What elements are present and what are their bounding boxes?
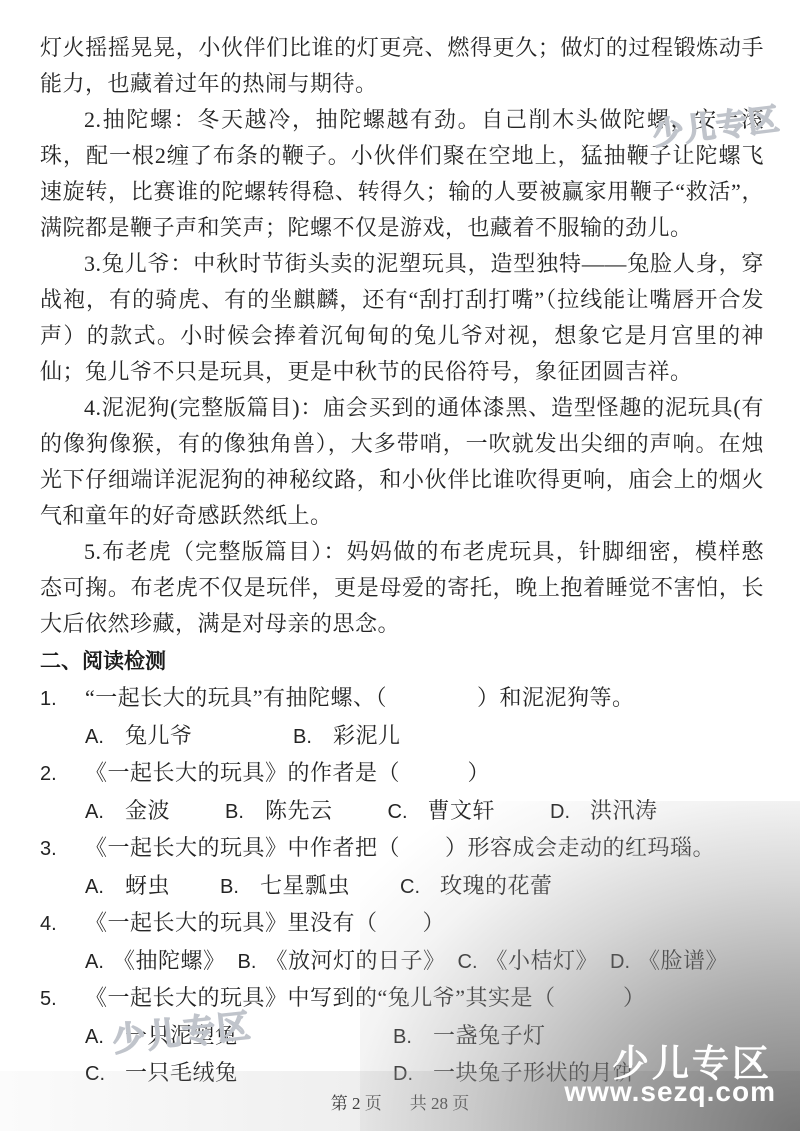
answer-option: C.一只毛绒兔: [85, 1055, 393, 1093]
option-label: A.: [85, 869, 125, 906]
answer-option: D.《脸谱》: [610, 943, 728, 981]
question-line: 5.《一起长大的玩具》中写到的“兔儿爷”其实是（ ）: [40, 980, 764, 1018]
answer-option: B.彩泥儿: [293, 718, 501, 756]
option-text: 陈先云: [265, 793, 333, 830]
answer-option: C.《小桔灯》: [458, 943, 599, 981]
question-number: 2.: [40, 756, 85, 793]
question: 3.《一起长大的玩具》中作者把（ ）形容成会走动的红玛瑙。A.蚜虫B.七星瓢虫C…: [40, 830, 764, 905]
option-text: 洪汛涛: [590, 793, 658, 830]
paragraph: 5.布老虎（完整版篇目）：妈妈做的布老虎玩具，针脚细密，模样憨态可掬。布老虎不仅…: [40, 534, 764, 642]
option-text: 一盏兔子灯: [433, 1018, 546, 1055]
page-content: 灯火摇摇晃晃，小伙伴们比谁的灯更亮、燃得更久；做灯的过程锻炼动手能力，也藏着过年…: [40, 30, 764, 1093]
answer-option: C.玫瑰的花蕾: [400, 868, 553, 906]
option-label: A.: [85, 719, 125, 756]
option-row: A.金波B.陈先云C.曹文轩D.洪汛涛: [40, 793, 764, 831]
question-line: 1.“一起长大的玩具”有抽陀螺、（ ）和泥泥狗等。: [40, 680, 764, 718]
question: 1.“一起长大的玩具”有抽陀螺、（ ）和泥泥狗等。A.兔儿爷B.彩泥儿: [40, 680, 764, 755]
answer-option: D.洪汛涛: [550, 793, 658, 831]
paragraph: 灯火摇摇晃晃，小伙伴们比谁的灯更亮、燃得更久；做灯的过程锻炼动手能力，也藏着过年…: [40, 30, 764, 102]
option-label: A.: [85, 944, 113, 981]
option-text: 金波: [125, 793, 170, 830]
section-heading: 二、阅读检测: [40, 644, 764, 680]
option-label: B.: [393, 1019, 433, 1056]
question-text: 《一起长大的玩具》中作者把（ ）形容成会走动的红玛瑙。: [85, 830, 764, 867]
question-line: 4.《一起长大的玩具》里没有（ ）: [40, 905, 764, 943]
option-label: C.: [388, 794, 428, 831]
option-text: 兔儿爷: [125, 718, 193, 755]
question-number: 5.: [40, 981, 85, 1018]
answer-option: A.一只泥塑兔: [85, 1018, 393, 1056]
option-label: B.: [238, 944, 266, 981]
answer-option: B.陈先云: [225, 793, 333, 831]
page-number: 第 2 页: [331, 1089, 382, 1114]
paragraph: 3.兔儿爷：中秋时节街头卖的泥塑玩具，造型独特——兔脸人身，穿战袍，有的骑虎、有…: [40, 246, 764, 390]
option-text: 《抽陀螺》: [113, 943, 226, 980]
option-text: 一只毛绒兔: [125, 1055, 238, 1092]
option-label: B.: [293, 719, 333, 756]
worksheet-page: 灯火摇摇晃晃，小伙伴们比谁的灯更亮、燃得更久；做灯的过程锻炼动手能力，也藏着过年…: [0, 0, 800, 1131]
option-label: A.: [85, 794, 125, 831]
option-text: 《小桔灯》: [486, 943, 599, 980]
question-text: 《一起长大的玩具》中写到的“兔儿爷”其实是（ ）: [85, 980, 764, 1017]
option-text: 彩泥儿: [333, 718, 401, 755]
answer-option: A.蚜虫: [85, 868, 170, 906]
brand-watermark-url: www.sezq.com: [564, 1076, 776, 1108]
answer-option: C.曹文轩: [388, 793, 496, 831]
answer-option: B.七星瓢虫: [220, 868, 350, 906]
option-text: 蚜虫: [125, 868, 170, 905]
option-label: A.: [85, 1019, 125, 1056]
question-line: 3.《一起长大的玩具》中作者把（ ）形容成会走动的红玛瑙。: [40, 830, 764, 868]
option-label: C.: [85, 1056, 125, 1093]
question-text: 《一起长大的玩具》里没有（ ）: [85, 905, 764, 942]
option-label: B.: [225, 794, 265, 831]
answer-option: A.金波: [85, 793, 170, 831]
option-text: 《脸谱》: [638, 943, 728, 980]
question: 2.《一起长大的玩具》的作者是（ ）A.金波B.陈先云C.曹文轩D.洪汛涛: [40, 755, 764, 830]
question-text: “一起长大的玩具”有抽陀螺、（ ）和泥泥狗等。: [85, 680, 764, 717]
option-label: D.: [393, 1056, 433, 1093]
question: 4.《一起长大的玩具》里没有（ ）A.《抽陀螺》B.《放河灯的日子》C.《小桔灯…: [40, 905, 764, 980]
question-text: 《一起长大的玩具》的作者是（ ）: [85, 755, 764, 792]
option-row: A.兔儿爷B.彩泥儿: [40, 718, 764, 756]
option-text: 七星瓢虫: [260, 868, 350, 905]
answer-option: A.《抽陀螺》: [85, 943, 226, 981]
question-number: 3.: [40, 831, 85, 868]
option-text: 玫瑰的花蕾: [440, 868, 553, 905]
question-number: 4.: [40, 906, 85, 943]
option-label: D.: [550, 794, 590, 831]
body-text: 灯火摇摇晃晃，小伙伴们比谁的灯更亮、燃得更久；做灯的过程锻炼动手能力，也藏着过年…: [40, 30, 764, 642]
total-pages: 共 28 页: [410, 1089, 470, 1114]
option-row: A.蚜虫B.七星瓢虫C.玫瑰的花蕾: [40, 868, 764, 906]
option-text: 一只泥塑兔: [125, 1018, 238, 1055]
option-text: 曹文轩: [428, 793, 496, 830]
option-label: B.: [220, 869, 260, 906]
answer-option: A.兔儿爷: [85, 718, 293, 756]
question-line: 2.《一起长大的玩具》的作者是（ ）: [40, 755, 764, 793]
question-number: 1.: [40, 681, 85, 718]
option-label: C.: [458, 944, 486, 981]
option-text: 《放河灯的日子》: [266, 943, 446, 980]
answer-option: B.《放河灯的日子》: [238, 943, 446, 981]
option-label: D.: [610, 944, 638, 981]
paragraph: 4.泥泥狗(完整版篇目)：庙会买到的通体漆黑、造型怪趣的泥玩具(有的像狗像猴，有…: [40, 390, 764, 534]
paragraph: 2.抽陀螺：冬天越冷，抽陀螺越有劲。自己削木头做陀螺，安上滚珠，配一根2缠了布条…: [40, 102, 764, 246]
option-row: A.《抽陀螺》B.《放河灯的日子》C.《小桔灯》D.《脸谱》: [40, 943, 764, 981]
question-list: 1.“一起长大的玩具”有抽陀螺、（ ）和泥泥狗等。A.兔儿爷B.彩泥儿2.《一起…: [40, 680, 764, 1093]
option-label: C.: [400, 869, 440, 906]
